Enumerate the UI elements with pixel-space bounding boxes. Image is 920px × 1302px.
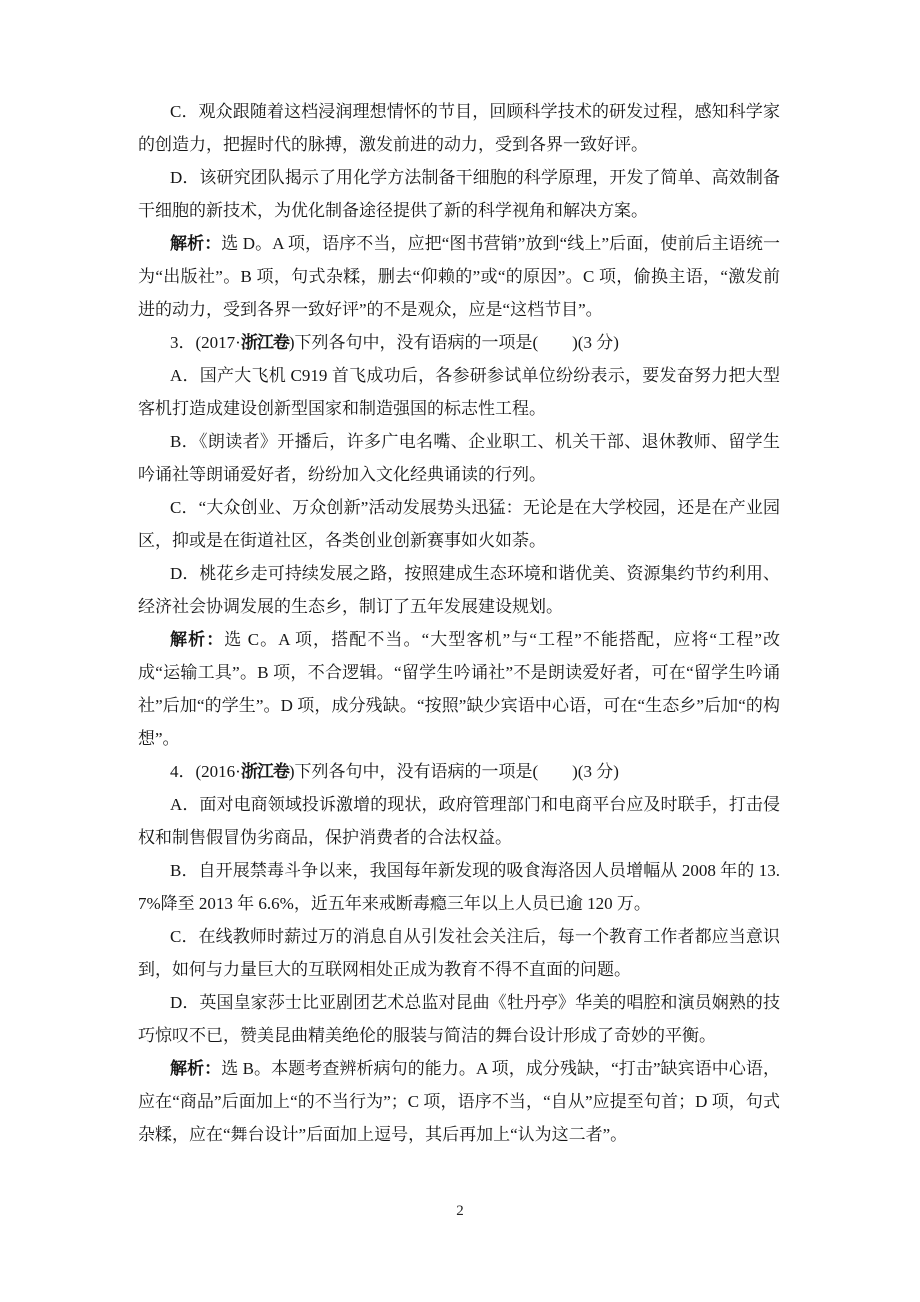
q2-option-c: C．观众跟随着这档浸润理想情怀的节目，回顾科学技术的研发过程，感知科学家的创造力… — [138, 95, 780, 161]
q2-analysis-text: 选 D。A 项，语序不当，应把“图书营销”放到“线上”后面，使前后主语统一为“出… — [138, 234, 780, 319]
q3-stem-prefix: 3．(2017· — [170, 333, 241, 352]
q3-analysis-text: 选 C。A 项，搭配不当。“大型客机”与“工程”不能搭配，应将“工程”改成“运输… — [138, 630, 780, 748]
q4-analysis-text: 选 B。本题考查辨析病句的能力。A 项，成分残缺，“打击”缺宾语中心语，应在“商… — [138, 1059, 780, 1144]
q4-option-a: A．面对电商领域投诉激增的现状，政府管理部门和电商平台应及时联手，打击侵权和制售… — [138, 788, 780, 854]
q4-stem-prefix: 4．(2016· — [170, 762, 241, 781]
q3-stem: 3．(2017·浙江卷)下列各句中，没有语病的一项是( )(3 分) — [138, 326, 780, 359]
q3-stem-suffix: )下列各句中，没有语病的一项是( )(3 分) — [289, 333, 619, 352]
q2-analysis: 解析：选 D。A 项，语序不当，应把“图书营销”放到“线上”后面，使前后主语统一… — [138, 227, 780, 326]
q3-analysis-label: 解析： — [170, 630, 224, 649]
q3-option-d: D．桃花乡走可持续发展之路，按照建成生态环境和谐优美、资源集约节约利用、经济社会… — [138, 557, 780, 623]
q3-source-tag: 浙江卷 — [241, 333, 289, 352]
q4-option-d: D．英国皇家莎士比亚剧团艺术总监对昆曲《牡丹亭》华美的唱腔和演员娴熟的技巧惊叹不… — [138, 986, 780, 1052]
q4-option-c: C．在线教师时薪过万的消息自从引发社会关注后，每一个教育工作者都应当意识到，如何… — [138, 920, 780, 986]
q4-stem: 4．(2016·浙江卷)下列各句中，没有语病的一项是( )(3 分) — [138, 755, 780, 788]
document-body: C．观众跟随着这档浸润理想情怀的节目，回顾科学技术的研发过程，感知科学家的创造力… — [138, 95, 780, 1151]
q3-option-a: A．国产大飞机 C919 首飞成功后，各参研参试单位纷纷表示，要发奋努力把大型客… — [138, 359, 780, 425]
q4-stem-suffix: )下列各句中，没有语病的一项是( )(3 分) — [289, 762, 619, 781]
page-footer: 2 — [0, 1202, 920, 1220]
q4-analysis: 解析：选 B。本题考查辨析病句的能力。A 项，成分残缺，“打击”缺宾语中心语，应… — [138, 1052, 780, 1151]
q3-option-c: C．“大众创业、万众创新”活动发展势头迅猛：无论是在大学校园，还是在产业园区，抑… — [138, 491, 780, 557]
q3-option-b: B．《朗读者》开播后，许多广电名嘴、企业职工、机关干部、退休教师、留学生吟诵社等… — [138, 425, 780, 491]
exam-answer-page: { "page": { "number": "2" }, "doc": { "l… — [0, 0, 920, 1302]
q4-source-tag: 浙江卷 — [241, 762, 289, 781]
q2-analysis-label: 解析： — [170, 234, 221, 253]
q4-option-b: B．自开展禁毒斗争以来，我国每年新发现的吸食海洛因人员增幅从 2008 年的 1… — [138, 854, 780, 920]
page-number: 2 — [456, 1203, 464, 1219]
q3-analysis: 解析：选 C。A 项，搭配不当。“大型客机”与“工程”不能搭配，应将“工程”改成… — [138, 623, 780, 755]
q2-option-d: D．该研究团队揭示了用化学方法制备干细胞的科学原理，开发了简单、高效制备干细胞的… — [138, 161, 780, 227]
q4-analysis-label: 解析： — [170, 1059, 221, 1078]
